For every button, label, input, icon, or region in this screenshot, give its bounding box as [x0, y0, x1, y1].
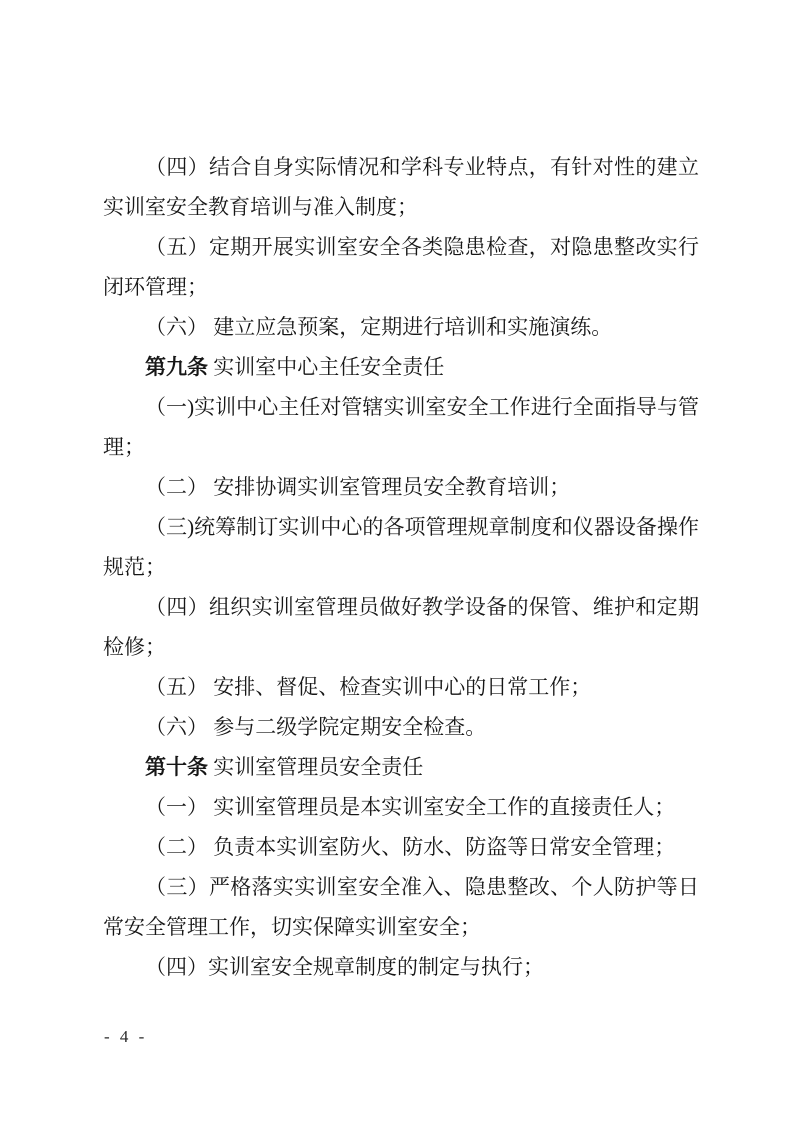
clause-text: （六） 参与二级学院定期安全检查。 — [145, 715, 486, 739]
clause-text: （二） 负责本实训室防火、防水、防盗等日常安全管理； — [145, 835, 675, 859]
clause-paragraph: （四）结合自身实际情况和学科专业特点，有针对性的建立实训室安全教育培训与准入制度… — [103, 147, 699, 227]
document-body: （四）结合自身实际情况和学科专业特点，有针对性的建立实训室安全教育培训与准入制度… — [103, 147, 699, 987]
clause-text: （五）定期开展实训室安全各类隐患检查，对隐患整改实行闭环管理； — [103, 235, 699, 299]
clause-paragraph: （五）定期开展实训室安全各类隐患检查，对隐患整改实行闭环管理； — [103, 227, 699, 307]
article-title-text: 实训室中心主任安全责任 — [208, 355, 444, 379]
clause-text: （五） 安排、督促、检查实训中心的日常工作； — [145, 675, 591, 699]
page-number: - 4 - — [104, 1023, 147, 1051]
article-title-text: 实训室管理员安全责任 — [208, 755, 423, 779]
clause-paragraph: （一)实训中心主任对管辖实训室安全工作进行全面指导与管理； — [103, 387, 699, 467]
clause-paragraph: （二） 负责本实训室防火、防水、防盗等日常安全管理； — [103, 827, 699, 867]
clause-paragraph: （六） 参与二级学院定期安全检查。 — [103, 707, 699, 747]
clause-paragraph: （四）组织实训室管理员做好教学设备的保管、维护和定期检修； — [103, 587, 699, 667]
clause-paragraph: （六） 建立应急预案，定期进行培训和实施演练。 — [103, 307, 699, 347]
clause-text: （三）严格落实实训室安全准入、隐患整改、个人防护等日常安全管理工作，切实保障实训… — [103, 875, 699, 939]
clause-paragraph: （三)统筹制订实训中心的各项管理规章制度和仪器设备操作规范； — [103, 507, 699, 587]
clause-paragraph: （二） 安排协调实训室管理员安全教育培训； — [103, 467, 699, 507]
clause-text: （四）结合自身实际情况和学科专业特点，有针对性的建立实训室安全教育培训与准入制度… — [103, 155, 699, 219]
clause-text: （一） 实训室管理员是本实训室安全工作的直接责任人； — [145, 795, 675, 819]
article-heading-paragraph: 第十条 实训室管理员安全责任 — [103, 747, 699, 787]
article-number-label: 第十条 — [145, 755, 208, 779]
clause-text: （一)实训中心主任对管辖实训室安全工作进行全面指导与管理； — [103, 395, 699, 459]
clause-text: （三)统筹制订实训中心的各项管理规章制度和仪器设备操作规范； — [103, 515, 699, 579]
clause-text: （二） 安排协调实训室管理员安全教育培训； — [145, 475, 570, 499]
article-number-label: 第九条 — [145, 355, 208, 379]
article-heading-paragraph: 第九条 实训室中心主任安全责任 — [103, 347, 699, 387]
clause-paragraph: （三）严格落实实训室安全准入、隐患整改、个人防护等日常安全管理工作，切实保障实训… — [103, 867, 699, 947]
document-page: （四）结合自身实际情况和学科专业特点，有针对性的建立实训室安全教育培训与准入制度… — [0, 0, 793, 1122]
clause-paragraph: （五） 安排、督促、检查实训中心的日常工作； — [103, 667, 699, 707]
clause-text: （四）实训室安全规章制度的制定与执行； — [145, 955, 544, 979]
clause-text: （六） 建立应急预案，定期进行培训和实施演练。 — [145, 315, 612, 339]
clause-paragraph: （四）实训室安全规章制度的制定与执行； — [103, 947, 699, 987]
clause-text: （四）组织实训室管理员做好教学设备的保管、维护和定期检修； — [103, 595, 699, 659]
clause-paragraph: （一） 实训室管理员是本实训室安全工作的直接责任人； — [103, 787, 699, 827]
